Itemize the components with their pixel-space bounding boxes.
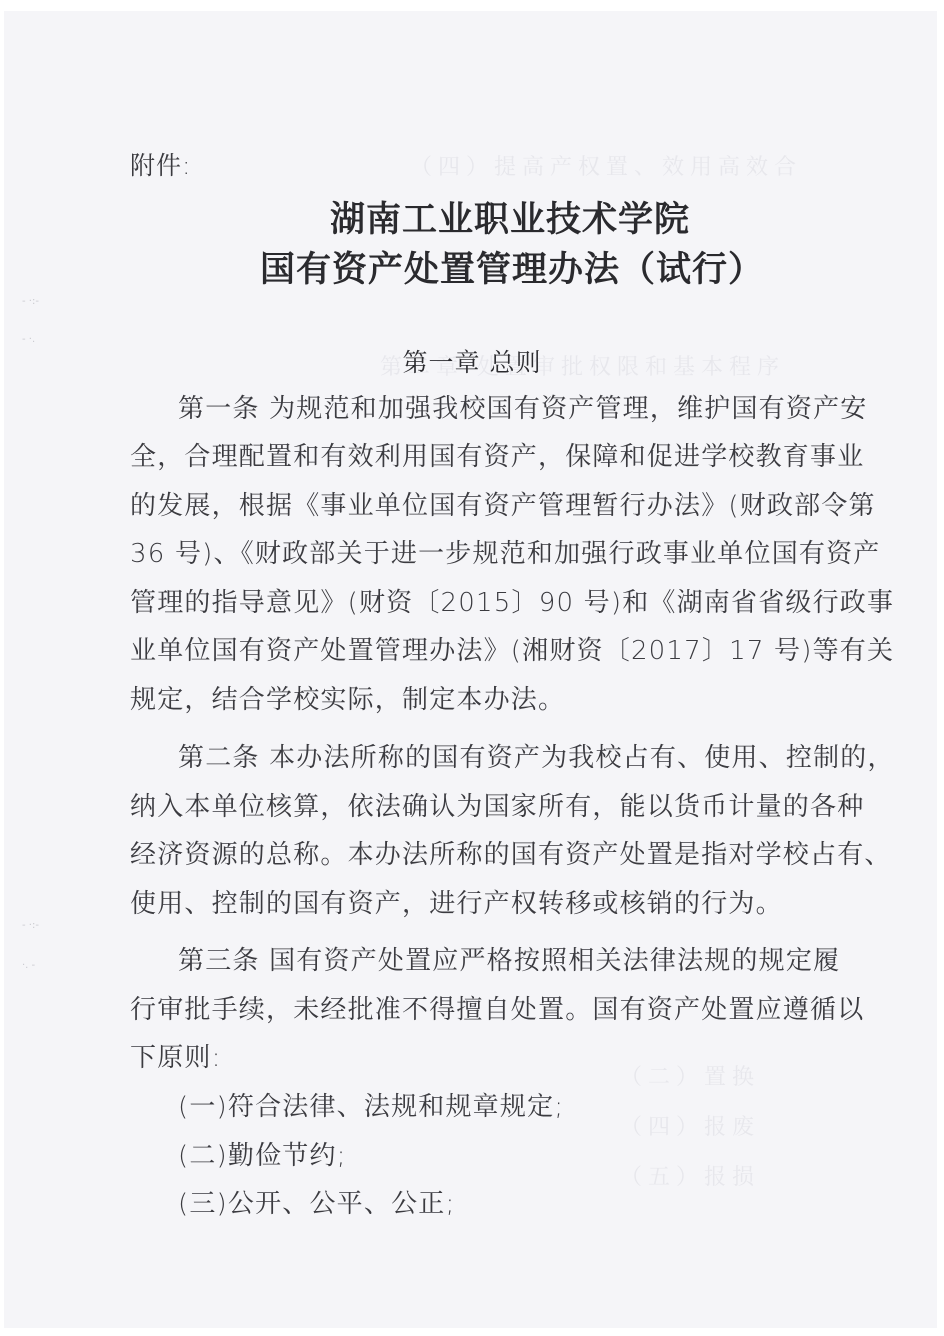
paragraph-line: 下原则: <box>130 1041 830 1075</box>
principle-item: (二)勤俭节约; <box>178 1139 878 1173</box>
paragraph-line: 规定，结合学校实际，制定本办法。 <box>130 683 830 717</box>
scan-artifact: - ·:- <box>22 296 39 307</box>
paragraph-line: 36 号)、《财政部关于进一步规范和加强行政事业单位国有资产 <box>130 537 830 571</box>
paragraph-line: 使用、控制的国有资产，进行产权转移或核销的行为。 <box>130 887 830 921</box>
paragraph-line: 第一条 为规范和加强我校国有资产管理，维护国有资产安 <box>178 392 878 426</box>
paragraph-line: 的发展，根据《事业单位国有资产管理暂行办法》(财政部令第 <box>130 489 830 523</box>
paragraph-line: 第三条 国有资产处置应严格按照相关法律法规的规定履 <box>178 944 878 978</box>
paragraph-line: 管理的指导意见》(财资〔2015〕90 号)和《湖南省省级行政事 <box>130 586 830 620</box>
attachment-label: 附件: <box>130 146 191 182</box>
bleed-through-text: （四）提高产权置、效用高效合 <box>410 150 802 181</box>
paragraph-line: 经济资源的总称。本办法所称的国有资产处置是指对学校占有、 <box>130 838 830 872</box>
chapter-heading: 第一章 总则 <box>0 343 944 379</box>
scan-artifact: - ·:- <box>22 920 39 931</box>
paragraph-line: 业单位国有资产处置管理办法》(湘财资〔2017〕17 号)等有关 <box>130 634 830 668</box>
principle-item: (三)公开、公平、公正; <box>178 1187 878 1221</box>
paragraph-line: 行审批手续，未经批准不得擅自处置。国有资产处置应遵循以 <box>130 993 830 1027</box>
document-title-line2: 国有资产处置管理办法（试行） <box>40 242 944 292</box>
scan-artifact: ·. - <box>22 960 35 971</box>
document-title-line1: 湖南工业职业技术学院 <box>38 192 944 242</box>
paragraph-line: 全，合理配置和有效利用国有资产，保障和促进学校教育事业 <box>130 440 830 474</box>
paragraph-line: 纳入本单位核算，依法确认为国家所有，能以货币计量的各种 <box>130 790 830 824</box>
paragraph-line: 第二条 本办法所称的国有资产为我校占有、使用、控制的， <box>178 741 878 775</box>
principle-item: (一)符合法律、法规和规章规定; <box>178 1090 878 1124</box>
